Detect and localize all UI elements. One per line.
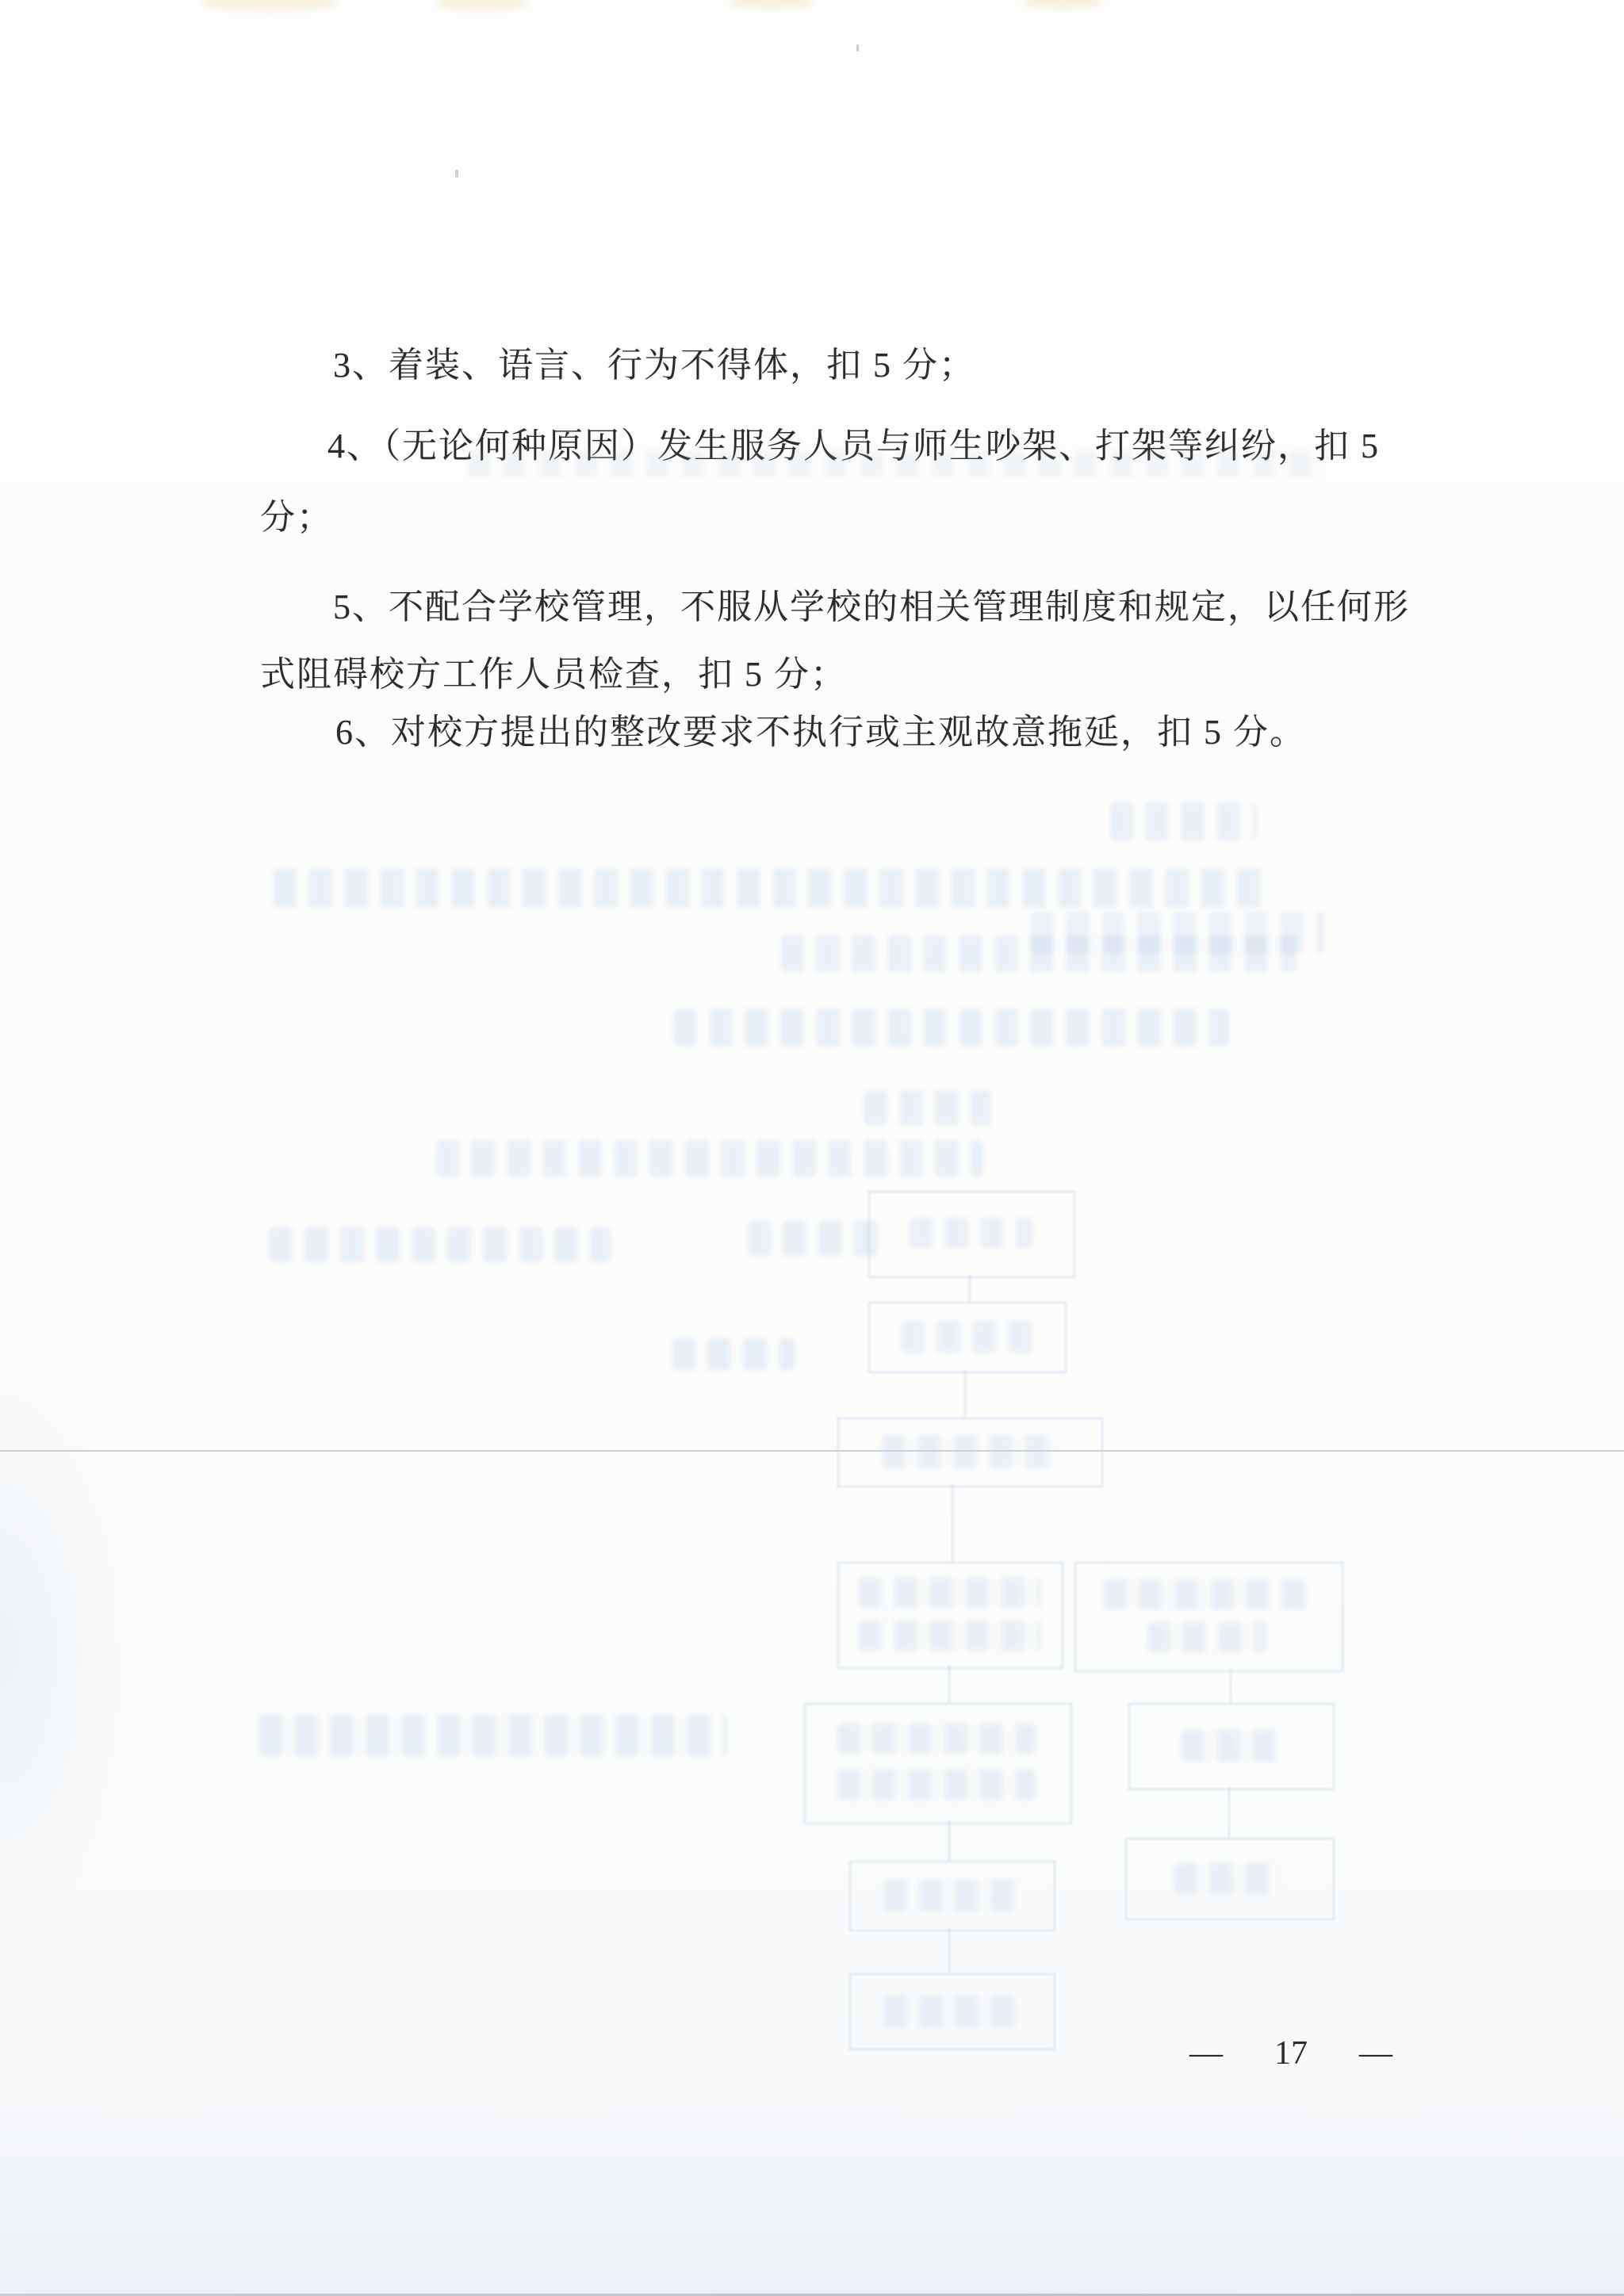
scan-artifact-line — [0, 1450, 1624, 1452]
ghost-text-bleedthrough — [1182, 1730, 1281, 1762]
dust-speck — [856, 44, 859, 52]
scanned-document-page: 3、着装、语言、行为不得体，扣 5 分； 4、（无论何种原因）发生服务人员与师生… — [0, 0, 1624, 2296]
body-line-item3: 3、着装、语言、行为不得体，扣 5 分； — [333, 341, 975, 390]
ghost-text-bleedthrough — [859, 1621, 1041, 1651]
scan-smudge — [436, 0, 527, 10]
ghost-flowchart-connector — [964, 1370, 966, 1418]
page-number: 17 — [1274, 2034, 1308, 2072]
ghost-text-bleedthrough — [910, 1218, 1032, 1248]
ghost-flowchart-connector — [1230, 1669, 1231, 1703]
ghost-text-bleedthrough — [1104, 1579, 1310, 1609]
ghost-flowchart-box — [868, 1191, 1075, 1278]
ghost-text-bleedthrough — [883, 1435, 1057, 1468]
ghost-flowchart-connector — [948, 1666, 950, 1703]
scan-smudge — [1023, 0, 1102, 8]
footer-dash-right: — — [1359, 2034, 1392, 2072]
body-line-item5: 5、不配合学校管理，不服从学校的相关管理制度和规定，以任何形 — [333, 583, 1410, 632]
ghost-text-bleedthrough — [1174, 1863, 1281, 1895]
body-line-item4-cont: 分； — [260, 493, 333, 542]
ghost-flowchart-connector — [952, 1484, 953, 1562]
ghost-text-bleedthrough — [864, 1090, 991, 1125]
ghost-flowchart-connector — [948, 1928, 950, 1973]
ghost-text-bleedthrough — [468, 450, 1324, 477]
ghost-text-bleedthrough — [902, 1321, 1036, 1353]
ghost-flowchart-box — [849, 1861, 1055, 1931]
footer-dash-left: — — [1189, 2034, 1223, 2072]
paper-tint-left — [0, 1348, 135, 1950]
body-line-item6: 6、对校方提出的整改要求不执行或主观故意拖延，扣 5 分。 — [335, 708, 1306, 757]
ghost-text-bleedthrough — [436, 1140, 983, 1177]
scan-smudge — [202, 0, 337, 10]
ghost-text-bleedthrough — [1110, 802, 1257, 840]
ghost-flowchart-connector — [1228, 1787, 1230, 1838]
ghost-text-bleedthrough — [748, 1221, 879, 1256]
ghost-flowchart-box — [849, 1973, 1055, 2050]
body-line-item5-cont: 式阻碍校方工作人员检查，扣 5 分； — [260, 650, 847, 699]
dust-speck — [455, 170, 458, 178]
ghost-text-bleedthrough — [884, 1996, 1019, 2027]
ghost-text-bleedthrough — [781, 936, 1297, 972]
ghost-flowchart-box — [804, 1703, 1072, 1824]
scan-smudge — [730, 0, 813, 8]
ghost-text-bleedthrough — [274, 868, 1273, 908]
ghost-text-bleedthrough — [270, 1227, 611, 1262]
ghost-flowchart-box — [1074, 1562, 1343, 1672]
ghost-flowchart-box — [837, 1418, 1103, 1487]
ghost-text-bleedthrough — [884, 1880, 1019, 1911]
ghost-text-bleedthrough — [837, 1724, 1036, 1754]
ghost-text-bleedthrough — [674, 1008, 1229, 1047]
ghost-flowchart-box — [1128, 1703, 1335, 1790]
ghost-text-bleedthrough — [859, 1578, 1041, 1608]
ghost-flowchart-box — [837, 1562, 1063, 1669]
ghost-flowchart-box — [868, 1302, 1067, 1373]
ghost-flowchart-connector — [969, 1275, 971, 1302]
ghost-flowchart-connector — [948, 1821, 950, 1861]
page-footer: — 17 — — [1189, 2034, 1392, 2072]
ghost-text-bleedthrough — [1147, 1622, 1266, 1652]
ghost-text-bleedthrough — [259, 1715, 727, 1756]
ghost-text-bleedthrough — [837, 1770, 1036, 1800]
ghost-text-bleedthrough — [672, 1338, 795, 1370]
ghost-flowchart-box — [1125, 1838, 1335, 1920]
paper-tint-bottom — [0, 2077, 1624, 2296]
